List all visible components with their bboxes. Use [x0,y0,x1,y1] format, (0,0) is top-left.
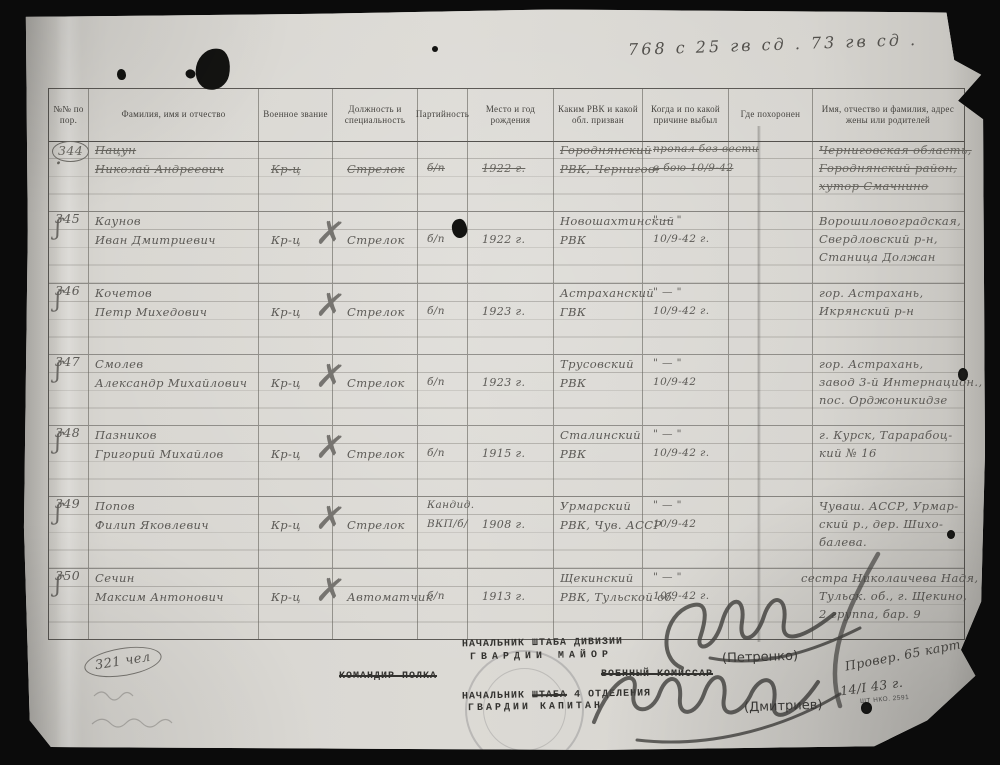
surname: Попов [95,500,135,513]
rvk-line1: Городнянский [560,144,652,157]
military-rank: Кр-ц [271,448,301,461]
departure-line1: " — " [653,358,682,370]
row-number: 346 [55,284,80,298]
party-line2: б/п [427,163,445,175]
pencil-check-mark: ✗ [313,569,347,613]
military-rank: Кр-ц [271,234,301,247]
departure-line2: 10/9-42 г. [653,234,709,246]
pencil-check-mark: ✗ [313,355,347,399]
position: Стрелок [347,448,405,461]
surname: Пазников [95,429,157,442]
row-number: 347 [55,355,80,369]
top-right-annotation: 768 с 25 гв сд . 73 гв сд . [628,31,919,59]
column-header: №№ по пор. [49,89,89,141]
paper-crease [757,126,761,642]
table-row: ʃ 348 Пазников Григорий Михайлов Кр-ц ✗ … [49,425,964,496]
military-rank: Кр-ц [271,591,301,604]
family-line3: хутор Смачнино [819,180,928,193]
military-rank: Кр-ц [271,377,301,390]
military-rank: Кр-ц [271,519,301,532]
family-line1: Ворошиловоградская, [819,215,961,228]
column-header: Место и год рождения [468,89,554,141]
surname: Сечин [95,572,135,585]
position: Стрелок [347,519,405,532]
rvk-line1: Трусовский [560,358,634,371]
departure-line2: 10/9-42 [653,519,696,531]
surname: Кочетов [95,287,152,300]
chief4-struck-word: ШТАБА [532,690,567,702]
family-line3: пос. Орджоникидзе [819,394,948,407]
party-line2: б/п [427,234,445,246]
military-rank: Кр-ц [271,306,301,319]
pencil-check-mark: ✗ [313,426,347,470]
rvk-line1: Щекинский [560,572,634,585]
ink-blot [432,46,438,52]
given-name: Иван Дмитриевич [95,234,216,247]
commander-label-struck: КОМАНДИР ПОЛКА [339,671,437,683]
family-line1: гор. Астрахань, [819,287,924,300]
rvk-line2: РВК [560,377,586,390]
party-line2: б/п [427,306,445,318]
departure-line2: 10/9-42 г. [653,448,709,460]
archival-photo: 768 с 25 гв сд . 73 гв сд . №№ по пор. Ф… [0,0,1000,765]
table-row: . 344 Пацун Николай Андреевич Кр-ц Стрел… [49,141,964,211]
departure-line1: " — " [653,215,682,227]
birth-year: 1915 г. [482,448,525,460]
pencil-check-mark: ✗ [313,212,347,256]
punch-hole [958,368,968,381]
family-line1: г. Курск, Тарарабоц- [819,429,953,442]
table-header: №№ по пор. Фамилия, имя и отчество Военн… [49,89,964,142]
row-number: 349 [55,497,80,511]
position: Стрелок [347,163,405,176]
birth-year: 1923 г. [482,377,525,389]
row-number: 345 [55,212,80,226]
faint-pencil-scribbles [90,684,220,739]
birth-year: 1922 г. [482,163,525,175]
family-line2: ский р., дер. Шихо- [819,518,943,531]
family-line3: Станица Должан [819,251,936,264]
birth-year: 1913 г. [482,591,525,603]
departure-line1: " — " [653,287,682,299]
position: Стрелок [347,377,405,390]
column-header: Должность и специальность [333,89,418,141]
column-header: Каким РВК и какой обл. призван [554,89,643,141]
column-header: Когда и по какой причине выбыл [643,89,729,141]
party-line2: б/п [427,591,445,603]
given-name: Филип Яковлевич [95,519,209,532]
column-header: Где похоронен [729,89,813,141]
chief4-pre: НАЧАЛЬНИК [462,691,525,703]
position: Стрелок [347,306,405,319]
given-name: Максим Антонович [95,591,224,604]
party-line2: ВКП/б/ [427,519,468,531]
family-line2: кий № 16 [819,447,877,460]
rvk-line1: Урмарский [560,500,631,513]
left-circled-count: 321 чел [82,642,163,682]
surname: Пацун [95,144,136,157]
departure-line1: " — " [653,429,682,441]
punch-hole [861,702,872,714]
row-number: 344 [52,141,89,162]
row-number: 348 [55,426,80,440]
ink-blot [192,45,234,93]
column-header: Военное звание [259,89,333,141]
departure-line1: " — " [653,500,682,512]
punch-hole [947,530,955,539]
rvk-line1: Сталинский [560,429,641,442]
position: Стрелок [347,234,405,247]
birth-year: 1923 г. [482,306,525,318]
column-header: Фамилия, имя и отчество [89,89,259,141]
dmitriev-name: (Дмитриев) [744,698,823,716]
family-line2: Свердловский р-н, [819,233,938,246]
rvk-line2: ГВК [560,306,586,319]
family-line1: Черниговская область, [819,144,972,157]
column-header: Партийность [418,89,468,141]
birth-year: 1908 г. [482,519,525,531]
pencil-check-mark: ✗ [313,498,347,542]
departure-line2: 10/9-42 г. [653,306,709,318]
family-line1: Чуваш. АССР, Урмар- [819,500,959,513]
departure-line2: 10/9-42 [653,377,696,389]
given-name: Александр Михайлович [95,377,247,390]
family-line1: гор. Астрахань, [819,358,924,371]
birth-year: 1922 г. [482,234,525,246]
party-line2: б/п [427,448,445,460]
ink-blot [117,69,126,80]
given-name: Григорий Михайлов [95,448,224,461]
given-name: Николай Андреевич [95,163,224,176]
rvk-line1: Астраханский [560,287,654,300]
departure-line2: в бою 10/9-42 [653,163,733,175]
family-line2: Икрянский р-н [819,305,914,318]
rvk-line2: РВК [560,234,586,247]
surname: Смолев [95,358,143,371]
rvk-line2: РВК [560,448,586,461]
military-rank: Кр-ц [271,163,301,176]
pencil-check-mark: ✗ [313,284,347,328]
party-line2: б/п [427,377,445,389]
family-line2: Городнянский район, [819,162,957,175]
document-page: 768 с 25 гв сд . 73 гв сд . №№ по пор. Ф… [22,8,985,750]
table-row: ʃ 347 Смолев Александр Михайлович Кр-ц ✗… [49,354,964,425]
row-number: 350 [55,569,80,583]
column-header: Имя, отчество и фамилия, адрес жены или … [813,89,963,141]
table-row: ʃ 345 Каунов Иван Дмитриевич Кр-ц ✗ Стре… [49,211,964,282]
surname: Каунов [95,215,141,228]
table-row: ʃ 346 Кочетов Петр Михедович Кр-ц ✗ Стре… [49,283,964,354]
given-name: Петр Михедович [95,306,207,319]
